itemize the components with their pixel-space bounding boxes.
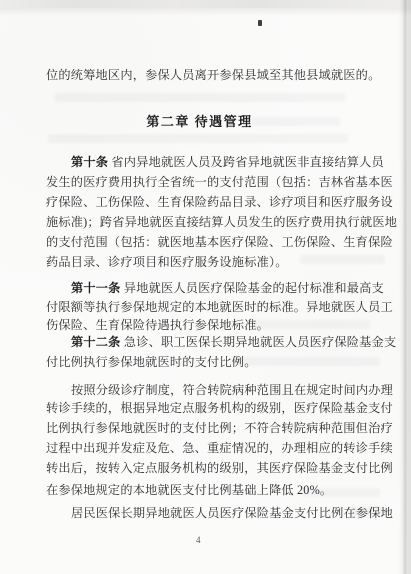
text-line: 付比例执行参保地就医时的支付比例。 <box>46 352 391 372</box>
article-number: 第十二条 <box>71 335 121 349</box>
text-line: 第十条 省内异地就医人员及跨省异地就医非直接结算人员 <box>46 152 411 172</box>
text-line: 发生的医疗费用执行全省统一的支付范围（包括：吉林省基本医 <box>46 172 391 192</box>
text-line: 第十一条 异地就医人员医疗保险基金的起付标准和最高支 <box>46 278 411 298</box>
chapter-heading: 第二章 待遇管理 <box>0 111 399 130</box>
text-line: 施标准)；跨省异地就医直接结算人员发生的医疗费用执行就医地 <box>46 212 391 232</box>
text-line: 在参保地规定的本地就医支付比例基础上降低 20%。 <box>46 480 391 500</box>
bleedthrough-mark <box>48 134 348 143</box>
text-line: 转诊手续的，根据异地定点服务机构的级别，医疗保险基金支付 <box>46 398 391 418</box>
article-number: 第十一条 <box>71 281 121 295</box>
text-line: 居民医保长期异地就医人员医疗保险基金支付比例在参保地 <box>46 503 411 523</box>
text-line: 转出后，按转入定点服务机构的级别，其医疗保险基金支付比例 <box>46 458 391 478</box>
text-line: 第十二条 急诊、职工医保长期异地就医人员医疗保险基金支 <box>46 332 411 352</box>
scanned-document-page: 位的统筹地区内，参保人员离开参保县域至其他县域就医的。 第二章 待遇管理 第十条… <box>0 0 411 574</box>
text-line: 比例执行参保地就医时的支付比例；不符合转院病种范围但治疗 <box>46 418 391 438</box>
text-line: 的支付范围（包括：就医地基本医疗保险、工伤保险、生育保险 <box>46 232 391 252</box>
ink-speck-artifact <box>258 20 262 26</box>
scan-edge-artifact-top <box>0 0 411 8</box>
scan-edge-shadow-top <box>0 8 411 16</box>
text-line: 位的统筹地区内，参保人员离开参保县域至其他县域就医的。 <box>46 65 391 85</box>
page-number: 4 <box>0 535 397 545</box>
text-line: 疗保险、工伤保险、生育保险药品目录、诊疗项目和医疗服务设 <box>46 192 391 212</box>
article-number: 第十条 <box>71 155 108 169</box>
bleedthrough-mark <box>55 93 345 102</box>
text-line: 付限额等执行参保地规定的本地就医时的标准。异地就医人员工 <box>46 297 391 317</box>
text-line: 药品目录、诊疗项目和医疗服务设施标准）。 <box>46 252 391 272</box>
text-line: 过程中出现并发症及危、急、重症情况的，办理相应的转诊手续 <box>46 438 391 458</box>
text-line: 按照分级诊疗制度，符合转院病种范围且在规定时间内办理 <box>46 380 411 400</box>
